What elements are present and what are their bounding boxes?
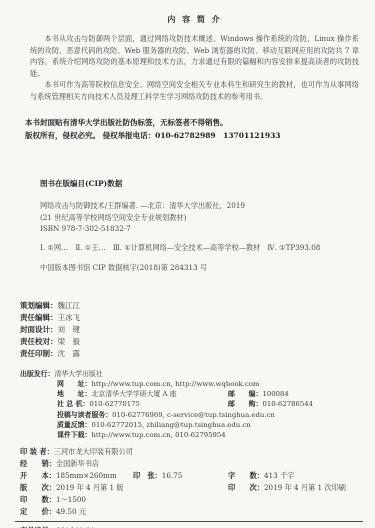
staff-label: 封面设计： bbox=[20, 325, 58, 334]
format-label: 开 本： bbox=[20, 471, 56, 480]
distributor-label: 经 销： bbox=[20, 459, 56, 468]
switchboard-value: 010-62770175 bbox=[89, 400, 140, 408]
format-row: 开 本：185mm×260mm 印 张：16.75 字 数：413 千字 bbox=[20, 470, 359, 482]
staff-value: 王冰飞 bbox=[58, 313, 81, 322]
printer-label: 印 装 者： bbox=[20, 447, 54, 456]
staff-credits-section: 策划编辑：魏江江 责任编辑：王冰飞 封面设计：刘 键 责任校对：梁 毅 责任印制… bbox=[20, 300, 359, 361]
printer-value: 三河市龙大印装有限公司 bbox=[54, 447, 133, 456]
zip-value: 100084 bbox=[262, 390, 288, 398]
edition-row: 版 次：2019 年 4 月第 1 版 印 次：2019 年 4 月第 1 次印… bbox=[20, 482, 359, 494]
cip-series-line: (21 世纪高等学校网络空间安全专业规划教材) bbox=[40, 212, 359, 224]
summary-paragraph-2: 本书可作为高等院校信息安全、网络空间安全相关专业本科生和研究生的教材，也可作为从… bbox=[30, 79, 359, 102]
word-count-col: 字 数：413 千字 bbox=[228, 470, 294, 482]
edition-value: 2019 年 4 月第 1 版 bbox=[56, 483, 124, 492]
format-value: 185mm×260mm bbox=[56, 471, 117, 480]
reader-service-value: 010-62776969, c-service@tup.tsinghua.edu… bbox=[112, 411, 275, 419]
courseware-row: 课件下载：http://www.tup.com.cn, 010-62795954 bbox=[20, 430, 359, 440]
staff-row-proofreader: 责任校对：梁 毅 bbox=[20, 336, 359, 348]
impression-label: 印 次： bbox=[228, 483, 264, 492]
cip-classification: Ⅰ. ①网… Ⅱ. ①王… Ⅲ. ①计算机网络—安全技术—高等学校—教材 Ⅳ. … bbox=[40, 242, 359, 254]
address-label: 地 址： bbox=[57, 390, 91, 398]
book-copyright-page: 内 容 简 介 本书从攻击与防御两个层面，通过网络攻防技术概述、Windows … bbox=[0, 0, 375, 528]
courseware-label: 课件下载： bbox=[57, 431, 91, 439]
impression-value: 2019 年 4 月第 1 次印刷 bbox=[264, 483, 346, 492]
word-count-value: 413 千字 bbox=[264, 471, 294, 480]
staff-row-planning-editor: 策划编辑：魏江江 bbox=[20, 300, 359, 312]
summary-paragraph-1: 本书从攻击与防御两个层面，通过网络攻防技术概述、Windows 操作系统的攻防、… bbox=[30, 33, 359, 79]
address-row: 地 址：北京清华大学学研大厦 A 座 邮 编：100084 bbox=[20, 389, 359, 399]
rights-reserved-line: 版权所有，侵权必究。 侵权举报电话：010-62782989 137011219… bbox=[25, 129, 359, 142]
sheets-value: 16.75 bbox=[162, 471, 183, 480]
quality-feedback-value: 010-62772015, zhiliang@tup.tsinghua.edu.… bbox=[91, 421, 250, 429]
price-value: 49.50 元 bbox=[56, 507, 86, 516]
cip-isbn: ISBN 978-7-302-51832-7 bbox=[40, 223, 359, 235]
print-run-value: 1～1500 bbox=[56, 495, 86, 504]
website-row: 网 址：http://www.tup.com.cn, http://www.wq… bbox=[20, 379, 359, 389]
cip-body: 网络攻击与防御技术/王群编著. —北京：清华大学出版社，2019 (21 世纪高… bbox=[40, 200, 359, 253]
staff-value: 梁 毅 bbox=[58, 337, 81, 346]
reader-service-label: 投稿与读者服务： bbox=[57, 411, 112, 419]
price-label: 定 价： bbox=[20, 507, 56, 516]
distributor-row: 经 销：全国新华书店 bbox=[20, 458, 359, 470]
cip-section: 图书在版编目(CIP)数据 网络攻击与防御技术/王群编著. —北京：清华大学出版… bbox=[40, 178, 359, 274]
anti-counterfeit-line: 本书封面贴有清华大学出版社防伪标签，无标签者不得销售。 bbox=[25, 116, 359, 129]
staff-label: 责任编辑： bbox=[20, 313, 58, 322]
price-row: 定 价：49.50 元 bbox=[20, 506, 359, 518]
cip-record-number: 中国版本图书馆 CIP 数据核字(2018)第 284313 号 bbox=[40, 262, 359, 274]
mail-order-value: 010-62786544 bbox=[262, 400, 313, 408]
staff-value: 魏江江 bbox=[58, 301, 81, 310]
staff-label: 策划编辑： bbox=[20, 301, 58, 310]
sheets-col: 印 张：16.75 bbox=[133, 471, 182, 480]
printer-row: 印 装 者：三河市龙大印装有限公司 bbox=[20, 446, 359, 458]
mail-order-col: 邮 购：010-62786544 bbox=[228, 399, 313, 409]
publisher-name: 清华大学出版社 bbox=[54, 370, 102, 378]
address-value: 北京清华大学学研大厦 A 座 bbox=[91, 390, 176, 398]
quality-feedback-row: 质量反馈：010-62772015, zhiliang@tup.tsinghua… bbox=[20, 420, 359, 430]
staff-label: 责任印制： bbox=[20, 349, 58, 358]
staff-label: 责任校对： bbox=[20, 337, 58, 346]
copyright-notice-section: 本书封面贴有清华大学出版社防伪标签，无标签者不得销售。 版权所有，侵权必究。 侵… bbox=[25, 116, 359, 142]
switchboard-label: 社 总 机： bbox=[57, 400, 89, 408]
staff-row-responsible-editor: 责任编辑：王冰飞 bbox=[20, 312, 359, 324]
reader-service-row: 投稿与读者服务：010-62776969, c-service@tup.tsin… bbox=[20, 410, 359, 420]
publisher-label: 出版发行： bbox=[20, 370, 54, 378]
zip-label: 邮 编： bbox=[228, 390, 262, 398]
cip-title-line: 网络攻击与防御技术/王群编著. —北京：清华大学出版社，2019 bbox=[40, 200, 359, 212]
printing-info-section: 印 装 者：三河市龙大印装有限公司 经 销：全国新华书店 开 本：185mm×2… bbox=[20, 446, 359, 518]
website-label: 网 址： bbox=[57, 380, 91, 388]
staff-value: 刘 键 bbox=[58, 325, 81, 334]
distributor-value: 全国新华书店 bbox=[56, 459, 99, 468]
staff-value: 沈 露 bbox=[58, 349, 81, 358]
website-value: http://www.tup.com.cn, http://www.wqbook… bbox=[91, 380, 259, 388]
staff-row-print-supervisor: 责任印制：沈 露 bbox=[20, 348, 359, 360]
word-count-label: 字 数： bbox=[228, 471, 264, 480]
summary-title: 内 容 简 介 bbox=[30, 14, 359, 25]
courseware-value: http://www.tup.com.cn, 010-62795954 bbox=[91, 431, 225, 439]
quality-feedback-label: 质量反馈： bbox=[57, 421, 91, 429]
staff-row-cover-designer: 封面设计：刘 键 bbox=[20, 324, 359, 336]
sheets-label: 印 张： bbox=[133, 471, 162, 480]
switchboard-row: 社 总 机：010-62770175 邮 购：010-62786544 bbox=[20, 399, 359, 409]
print-run-label: 印 数： bbox=[20, 495, 56, 504]
zip-code-col: 邮 编：100084 bbox=[228, 389, 289, 399]
content-summary-section: 内 容 简 介 本书从攻击与防御两个层面，通过网络攻防技术概述、Windows … bbox=[30, 14, 359, 102]
print-run-row: 印 数：1～1500 bbox=[20, 494, 359, 506]
publisher-info-section: 出版发行：清华大学出版社 网 址：http://www.tup.com.cn, … bbox=[20, 369, 359, 441]
publisher-row: 出版发行：清华大学出版社 bbox=[20, 369, 359, 379]
divider-rule bbox=[15, 521, 363, 522]
impression-col: 印 次：2019 年 4 月第 1 次印刷 bbox=[228, 482, 346, 494]
mail-order-label: 邮 购： bbox=[228, 400, 262, 408]
cip-heading: 图书在版编目(CIP)数据 bbox=[40, 178, 359, 189]
edition-label: 版 次： bbox=[20, 483, 56, 492]
